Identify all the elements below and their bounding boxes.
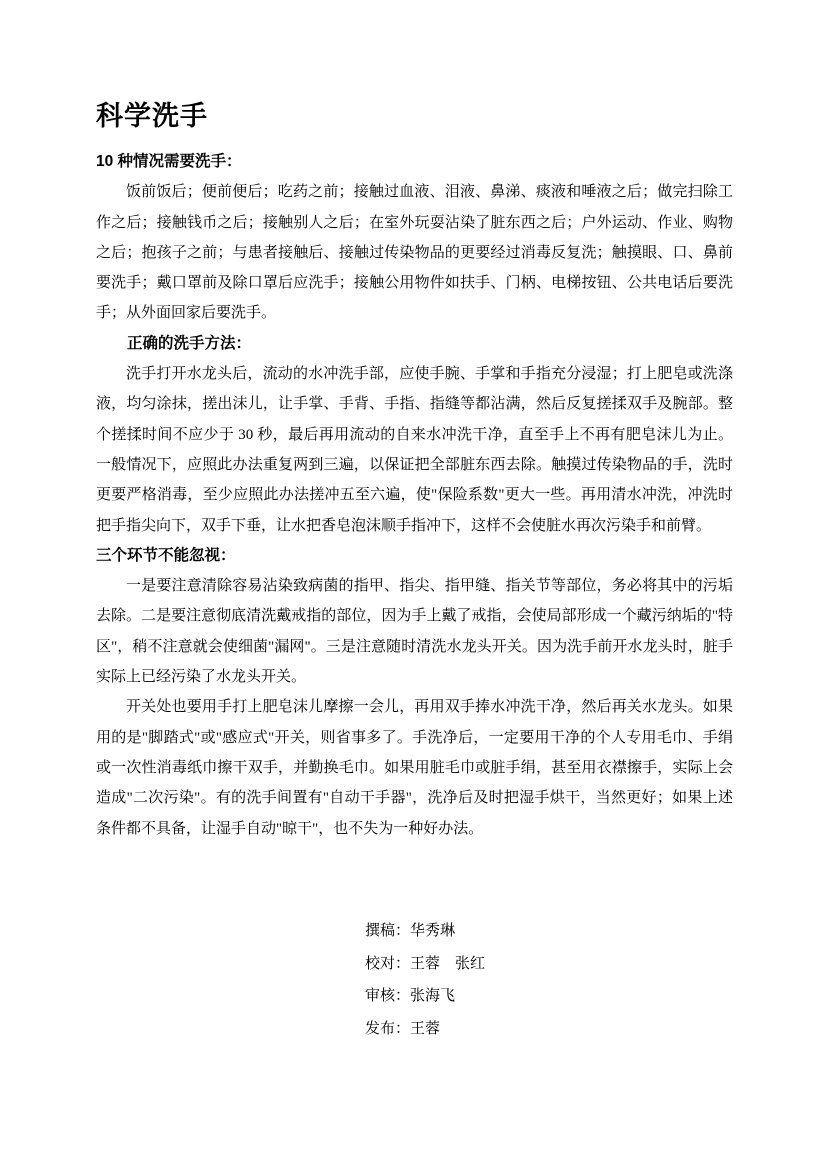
- paragraph-situations: 饭前饭后；便前便后；吃药之前；接触过血液、泪液、鼻涕、痰液和唾液之后；做完扫除工…: [96, 177, 733, 328]
- document-body: 10 种情况需要洗手： 饭前饭后；便前便后；吃药之前；接触过血液、泪液、鼻涕、痰…: [96, 147, 733, 844]
- signature-block: 撰稿：华秀琳 校对：王蓉 张红 审核：张海飞 发布：王蓉: [365, 915, 485, 1045]
- signature-line-reviewer: 审核：张海飞: [365, 980, 485, 1013]
- document-page: 科学洗手 10 种情况需要洗手： 饭前饭后；便前便后；吃药之前；接触过血液、泪液…: [0, 0, 827, 1170]
- paragraph-key-points-1: 一是要注意清除容易沾染致病菌的指甲、指尖、指甲缝、指关节等部位，务必将其中的污垢…: [96, 571, 733, 692]
- section-heading-method: 正确的洗手方法：: [96, 329, 733, 359]
- signature-line-author: 撰稿：华秀琳: [365, 915, 485, 948]
- signature-line-proofreader: 校对：王蓉 张红: [365, 948, 485, 981]
- section-heading-situations: 10 种情况需要洗手：: [96, 147, 733, 177]
- section-heading-key-points: 三个环节不能忽视：: [96, 541, 733, 571]
- paragraph-key-points-2: 开关处也要用手打上肥皂沫儿摩擦一会儿，再用双手捧水冲洗干净，然后再关水龙头。如果…: [96, 692, 733, 843]
- document-title: 科学洗手: [96, 100, 733, 133]
- paragraph-method: 洗手打开水龙头后，流动的水冲洗手部，应使手腕、手掌和手指充分浸湿；打上肥皂或洗涤…: [96, 359, 733, 541]
- document-content: 科学洗手 10 种情况需要洗手： 饭前饭后；便前便后；吃药之前；接触过血液、泪液…: [96, 100, 733, 844]
- signature-line-publisher: 发布：王蓉: [365, 1013, 485, 1046]
